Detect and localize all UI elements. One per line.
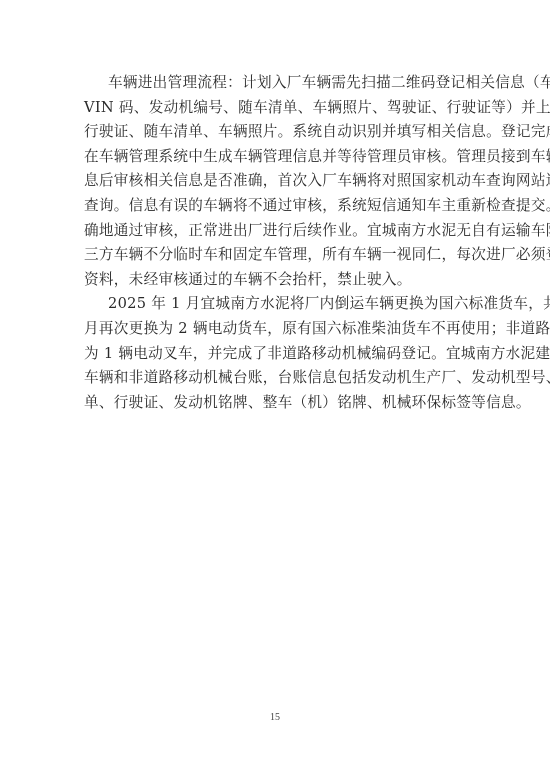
text-line: 车辆和非道路移动机械台账，台账信息包括发动机生产厂、发动机型号、随车清 [84, 366, 466, 391]
text-line: 资料，未经审核通过的车辆不会抬杆，禁止驶入。 [84, 268, 466, 293]
text-line: 单、行驶证、发动机铭牌、整车（机）铭牌、机械环保标签等信息。 [84, 391, 466, 416]
paragraph-vehicle-replacement-2025: 2025 年 1 月宜城南方水泥将厂内倒运车辆更换为国六标准货车，共 4 辆，6… [84, 292, 466, 415]
text-line: 查询。信息有误的车辆将不通过审核，系统短信通知车主重新检查提交。信息正 [84, 194, 466, 219]
text-line: 行驶证、随车清单、车辆照片。系统自动识别并填写相关信息。登记完成后系统 [84, 120, 466, 145]
page-number: 15 [0, 712, 550, 723]
text-line: 在车辆管理系统中生成车辆管理信息并等待管理员审核。管理员接到车辆管理信 [84, 145, 466, 170]
text-line: 车辆进出管理流程：计划入厂车辆需先扫描二维码登记相关信息（车牌号、 [84, 71, 466, 96]
text-line: 月再次更换为 2 辆电动货车，原有国六标准柴油货车不再使用；非道路移动机械 [84, 317, 466, 342]
text-line: VIN 码、发动机编号、随车清单、车辆照片、驾驶证、行驶证等）并上传驾驶证、 [84, 96, 466, 121]
document-page: 车辆进出管理流程：计划入厂车辆需先扫描二维码登记相关信息（车牌号、 VIN 码、… [0, 0, 550, 778]
paragraph-vehicle-entry-process: 车辆进出管理流程：计划入厂车辆需先扫描二维码登记相关信息（车牌号、 VIN 码、… [84, 71, 466, 292]
text-line: 三方车辆不分临时车和固定车管理，所有车辆一视同仁，每次进厂必须登记审核 [84, 243, 466, 268]
text-line: 息后审核相关信息是否准确，首次入厂车辆将对照国家机动车查询网站进行真伪 [84, 169, 466, 194]
text-line: 2025 年 1 月宜城南方水泥将厂内倒运车辆更换为国六标准货车，共 4 辆，6 [84, 292, 466, 317]
text-line: 为 1 辆电动叉车，并完成了非道路移动机械编码登记。宜城南方水泥建立了厂内 [84, 342, 466, 367]
text-line: 确地通过审核，正常进出厂进行后续作业。宜城南方水泥无自有运输车队，对第 [84, 219, 466, 244]
document-body: 车辆进出管理流程：计划入厂车辆需先扫描二维码登记相关信息（车牌号、 VIN 码、… [84, 71, 466, 415]
